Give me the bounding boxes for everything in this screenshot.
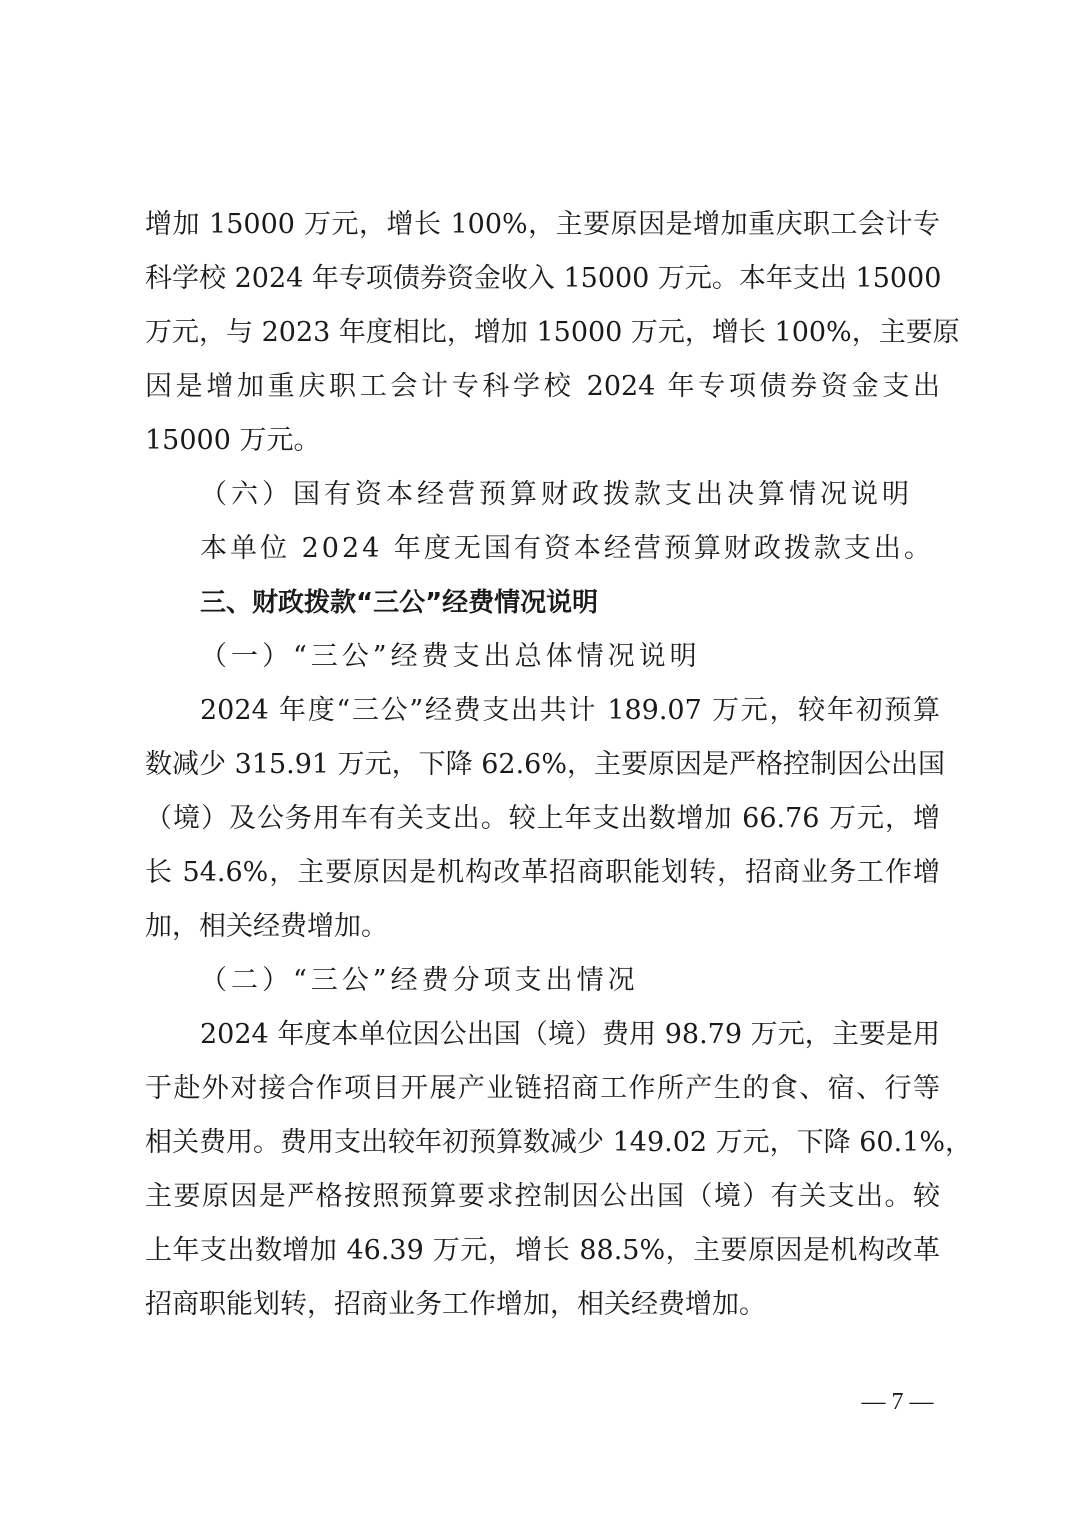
paragraph-line: （境）及公务用车有关支出。较上年支出数增加 66.76 万元，增	[145, 799, 940, 839]
section-heading-2: （二）“三公”经费分项支出情况	[200, 961, 639, 1001]
page-number: — 7 —	[850, 1387, 945, 1417]
document-page: 增加 15000 万元，增长 100%，主要原因是增加重庆职工会计专 科学校 2…	[0, 0, 1075, 1520]
chapter-heading-3: 三、财政拨款“三公”经费情况说明	[200, 583, 598, 623]
section-heading-1: （一）“三公”经费支出总体情况说明	[200, 637, 701, 677]
paragraph-line: 于赴外对接合作项目开展产业链招商工作所产生的食、宿、行等	[145, 1069, 940, 1109]
paragraph-line: 长 54.6%，主要原因是机构改革招商职能划转，招商业务工作增	[145, 853, 940, 893]
paragraph-line: 2024 年度本单位因公出国（境）费用 98.79 万元，主要是用	[200, 1015, 940, 1055]
paragraph-line: 加，相关经费增加。	[145, 907, 940, 947]
paragraph-line: 数减少 315.91 万元，下降 62.6%，主要原因是严格控制因公出国	[145, 745, 940, 785]
paragraph-line: 本单位 2024 年度无国有资本经营预算财政拨款支出。	[200, 529, 934, 569]
paragraph-line: 相关费用。费用支出较年初预算数减少 149.02 万元，下降 60.1%，	[145, 1123, 940, 1163]
paragraph-line: 15000 万元。	[145, 421, 940, 461]
paragraph-line: 因是增加重庆职工会计专科学校 2024 年专项债券资金支出	[145, 367, 940, 407]
paragraph-line: 万元，与 2023 年度相比，增加 15000 万元，增长 100%，主要原	[145, 313, 940, 353]
section-heading-6: （六）国有资本经营预算财政拨款支出决算情况说明	[200, 475, 913, 515]
paragraph-line: 主要原因是严格按照预算要求控制因公出国（境）有关支出。较	[145, 1177, 940, 1217]
paragraph-line: 科学校 2024 年专项债券资金收入 15000 万元。本年支出 15000	[145, 259, 940, 299]
paragraph-line: 2024 年度“三公”经费支出共计 189.07 万元，较年初预算	[200, 691, 940, 731]
paragraph-line: 招商职能划转，招商业务工作增加，相关经费增加。	[145, 1285, 940, 1325]
paragraph-line: 增加 15000 万元，增长 100%，主要原因是增加重庆职工会计专	[145, 205, 940, 245]
paragraph-line: 上年支出数增加 46.39 万元，增长 88.5%，主要原因是机构改革	[145, 1231, 940, 1271]
